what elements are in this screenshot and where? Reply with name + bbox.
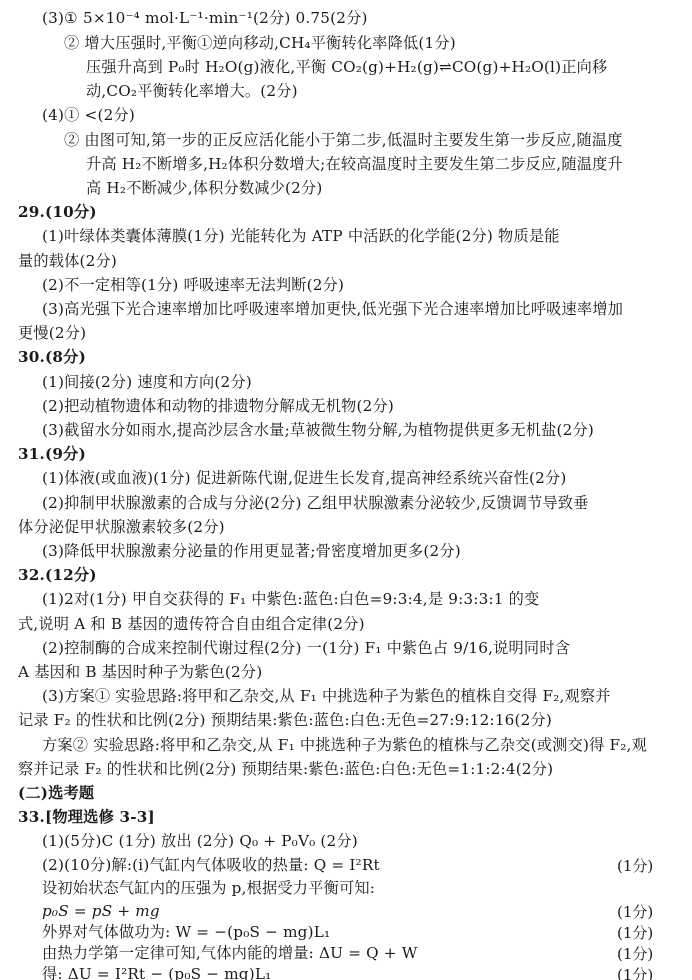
answer-line: 高 H₂不断减少,体积分数减少(2分) (86, 178, 323, 198)
section-heading: 32.(12分) (18, 565, 97, 585)
points-label: (1分) (617, 943, 653, 964)
answer-line: 动,CO₂平衡转化率增大。(2分) (86, 81, 298, 101)
answer-line: ② 增大压强时,平衡①逆向移动,CH₄平衡转化率降低(1分) (64, 33, 456, 53)
answer-line: (2)抑制甲状腺激素的合成与分泌(2分) 乙组甲状腺激素分泌较少,反馈调节导致垂 (42, 493, 589, 513)
section-heading: 30.(8分) (18, 347, 86, 367)
answer-line: (3)方案① 实验思路:将甲和乙杂交,从 F₁ 中挑选种子为紫色的植株自交得 F… (42, 686, 611, 706)
answer-line: 更慢(2分) (18, 323, 86, 343)
answer-key-page: (3)① 5×10⁻⁴ mol·L⁻¹·min⁻¹(2分) 0.75(2分)② … (0, 0, 692, 980)
answer-line: 升高 H₂不断增多,H₂体积分数增大;在较高温度时主要发生第二步反应,随温度升 (86, 154, 623, 174)
points-label: (1分) (617, 922, 653, 943)
answer-line: (2)控制酶的合成来控制代谢过程(2分) 一(1分) F₁ 中紫色占 9/16,… (42, 638, 570, 658)
answer-line: (3)降低甲状腺激素分泌量的作用更显著;骨密度增加更多(2分) (42, 541, 461, 561)
answer-line: (4)① <(2分) (42, 105, 135, 125)
points-label: (1分) (617, 855, 653, 876)
answer-line: (3)① 5×10⁻⁴ mol·L⁻¹·min⁻¹(2分) 0.75(2分) (42, 8, 368, 28)
section-heading: (二)选考题 (18, 783, 94, 803)
answer-line: (3)截留水分如雨水,提高沙层含水量;草被微生物分解,为植物提供更多无机盐(2分… (42, 420, 594, 440)
answer-line: (1)体液(或血液)(1分) 促进新陈代谢,促进生长发育,提高神经系统兴奋性(2… (42, 468, 567, 488)
answer-line: A 基因和 B 基因时种子为紫色(2分) (18, 662, 262, 682)
section-heading: 33.[物理选修 3-3] (18, 807, 155, 827)
answer-line: 体分泌促甲状腺激素较多(2分) (18, 517, 225, 537)
section-heading: 29.(10分) (18, 202, 97, 222)
answer-line: (2)把动植物遗体和动物的排遗物分解成无机物(2分) (42, 396, 394, 416)
answer-line: (3)高光强下光合速率增加比呼吸速率增加更快,低光强下光合速率增加比呼吸速率增加 (42, 299, 623, 319)
answer-line: (1)间接(2分) 速度和方向(2分) (42, 372, 252, 392)
answer-line: 外界对气体做功为: W = −(p₀S − mg)L₁ (42, 922, 330, 942)
answer-line: 察并记录 F₂ 的性状和比例(2分) 预期结果:紫色:蓝色:白色:无色=1:1:… (18, 759, 553, 779)
answer-line: (2)(10分)解:(i)气缸内气体吸收的热量: Q = I²Rt (42, 855, 380, 875)
points-label: (1分) (617, 964, 653, 980)
points-label: (1分) (617, 901, 653, 922)
answer-line: p₀S = pS + mg (42, 901, 160, 921)
answer-line: 压强升高到 P₀时 H₂O(g)液化,平衡 CO₂(g)+H₂(g)⇌CO(g)… (86, 57, 607, 77)
answer-line: 方案② 实验思路:将甲和乙杂交,从 F₁ 中挑选种子为紫色的植株与乙杂交(或测交… (42, 735, 647, 755)
section-heading: 31.(9分) (18, 444, 86, 464)
answer-line: 得: ΔU = I²Rt − (p₀S − mg)L₁ (42, 964, 271, 980)
answer-line: (1)叶绿体类囊体薄膜(1分) 光能转化为 ATP 中活跃的化学能(2分) 物质… (42, 226, 560, 246)
answer-line: 记录 F₂ 的性状和比例(2分) 预期结果:紫色:蓝色:白色:无色=27:9:1… (18, 710, 552, 730)
answer-line: ② 由图可知,第一步的正反应活化能小于第二步,低温时主要发生第一步反应,随温度 (64, 130, 623, 150)
answer-line: (2)不一定相等(1分) 呼吸速率无法判断(2分) (42, 275, 344, 295)
answer-line: 设初始状态气缸内的压强为 p,根据受力平衡可知: (42, 878, 375, 898)
answer-line: (1)(5分)C (1分) 放出 (2分) Q₀ + P₀V₀ (2分) (42, 831, 358, 851)
answer-line: (1)2对(1分) 甲自交获得的 F₁ 中紫色:蓝色:白色=9:3:4,是 9:… (42, 589, 539, 609)
answer-line: 由热力学第一定律可知,气体内能的增量: ΔU = Q + W (42, 943, 418, 963)
answer-line: 式,说明 A 和 B 基因的遗传符合自由组合定律(2分) (18, 614, 365, 634)
answer-line: 量的载体(2分) (18, 251, 117, 271)
